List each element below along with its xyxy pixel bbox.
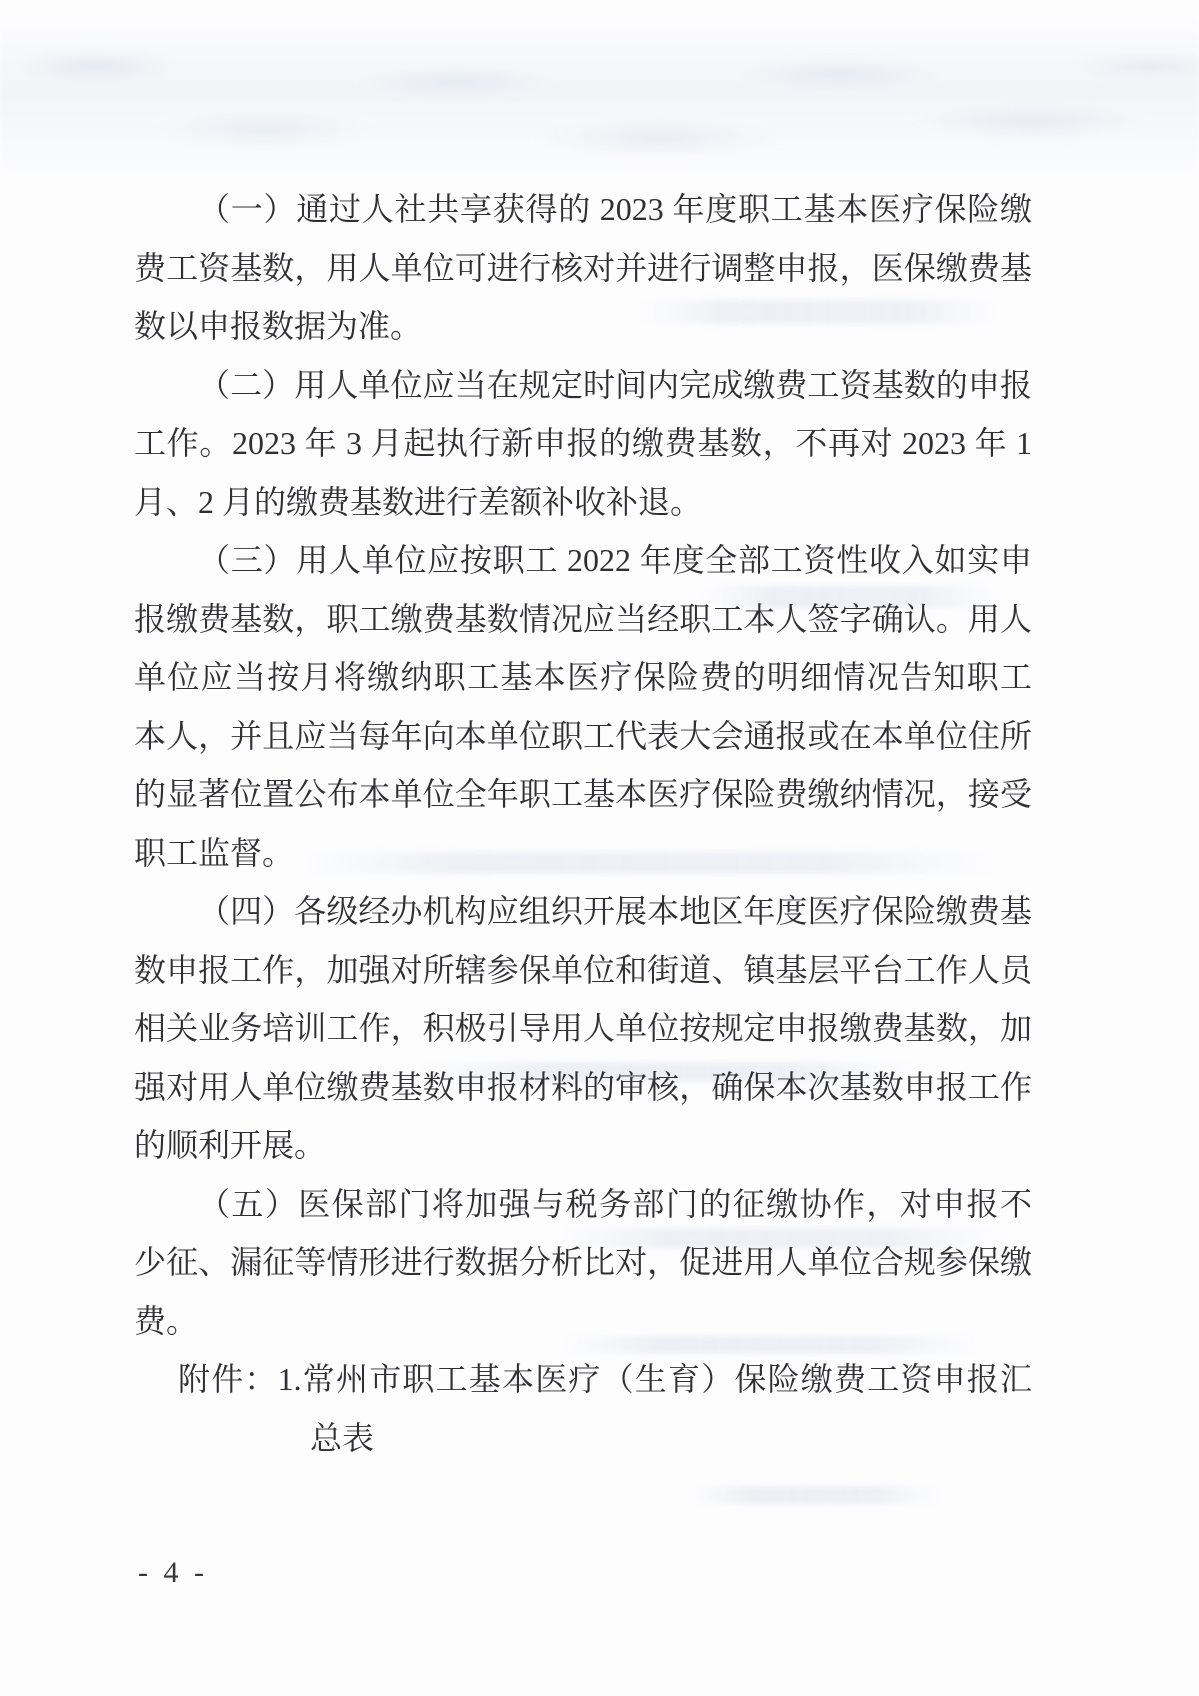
text-line: 的显著位置公布本单位全年职工基本医疗保险费缴纳情况，接受	[134, 765, 1032, 824]
paragraph-1: （一）通过人社共享获得的 2023 年度职工基本医疗保险缴 费工资基数，用人单位…	[134, 180, 1032, 356]
bleed-through-mark	[690, 1486, 940, 1504]
text-line: 的顺利开展。	[134, 1116, 1032, 1175]
text-line: （二）用人单位应当在规定时间内完成缴费工资基数的申报	[134, 356, 1032, 415]
text-line: 单位应当按月将缴纳职工基本医疗保险费的明细情况告知职工	[134, 648, 1032, 707]
attachment-block: 附件：1.常州市职工基本医疗（生育）保险缴费工资申报汇 总表	[134, 1350, 1032, 1467]
text-line: 数以申报数据为准。	[134, 297, 1032, 356]
text-line: （四）各级经办机构应组织开展本地区年度医疗保险缴费基	[134, 882, 1032, 941]
text-line: （一）通过人社共享获得的 2023 年度职工基本医疗保险缴	[134, 180, 1032, 239]
paragraph-4: （四）各级经办机构应组织开展本地区年度医疗保险缴费基 数申报工作，加强对所辖参保…	[134, 882, 1032, 1175]
paragraph-2: （二）用人单位应当在规定时间内完成缴费工资基数的申报 工作。2023 年 3 月…	[134, 356, 1032, 532]
text-line: （五）医保部门将加强与税务部门的征缴协作，对申报不实、	[134, 1175, 1032, 1234]
document-body: （一）通过人社共享获得的 2023 年度职工基本医疗保险缴 费工资基数，用人单位…	[134, 180, 1032, 1467]
paragraph-5: （五）医保部门将加强与税务部门的征缴协作，对申报不实、 少征、漏征等情形进行数据…	[134, 1175, 1032, 1351]
text-line: 月、2 月的缴费基数进行差额补收补退。	[134, 473, 1032, 532]
text-line: 数申报工作，加强对所辖参保单位和街道、镇基层平台工作人员	[134, 941, 1032, 1000]
paragraph-3: （三）用人单位应按职工 2022 年度全部工资性收入如实申 报缴费基数，职工缴费…	[134, 531, 1032, 882]
text-line: 费工资基数，用人单位可进行核对并进行调整申报，医保缴费基	[134, 239, 1032, 298]
text-line: 报缴费基数，职工缴费基数情况应当经职工本人签字确认。用人	[134, 590, 1032, 649]
text-line: 本人，并且应当每年向本单位职工代表大会通报或在本单位住所	[134, 707, 1032, 766]
text-line: 少征、漏征等情形进行数据分析比对，促进用人单位合规参保缴	[134, 1233, 1032, 1292]
attachment-line: 总表	[134, 1409, 1032, 1468]
text-line: 相关业务培训工作，积极引导用人单位按规定申报缴费基数，加	[134, 999, 1032, 1058]
text-line: 强对用人单位缴费基数申报材料的审核，确保本次基数申报工作	[134, 1058, 1032, 1117]
text-line: 职工监督。	[134, 824, 1032, 883]
text-line: 费。	[134, 1292, 1032, 1351]
text-line: 工作。2023 年 3 月起执行新申报的缴费基数，不再对 2023 年 1	[134, 414, 1032, 473]
document-page: （一）通过人社共享获得的 2023 年度职工基本医疗保险缴 费工资基数，用人单位…	[0, 0, 1199, 1696]
scan-noise-band	[0, 18, 1199, 178]
attachment-line: 附件：1.常州市职工基本医疗（生育）保险缴费工资申报汇	[134, 1350, 1032, 1409]
page-number: - 4 -	[138, 1553, 208, 1593]
text-line: （三）用人单位应按职工 2022 年度全部工资性收入如实申	[134, 531, 1032, 590]
